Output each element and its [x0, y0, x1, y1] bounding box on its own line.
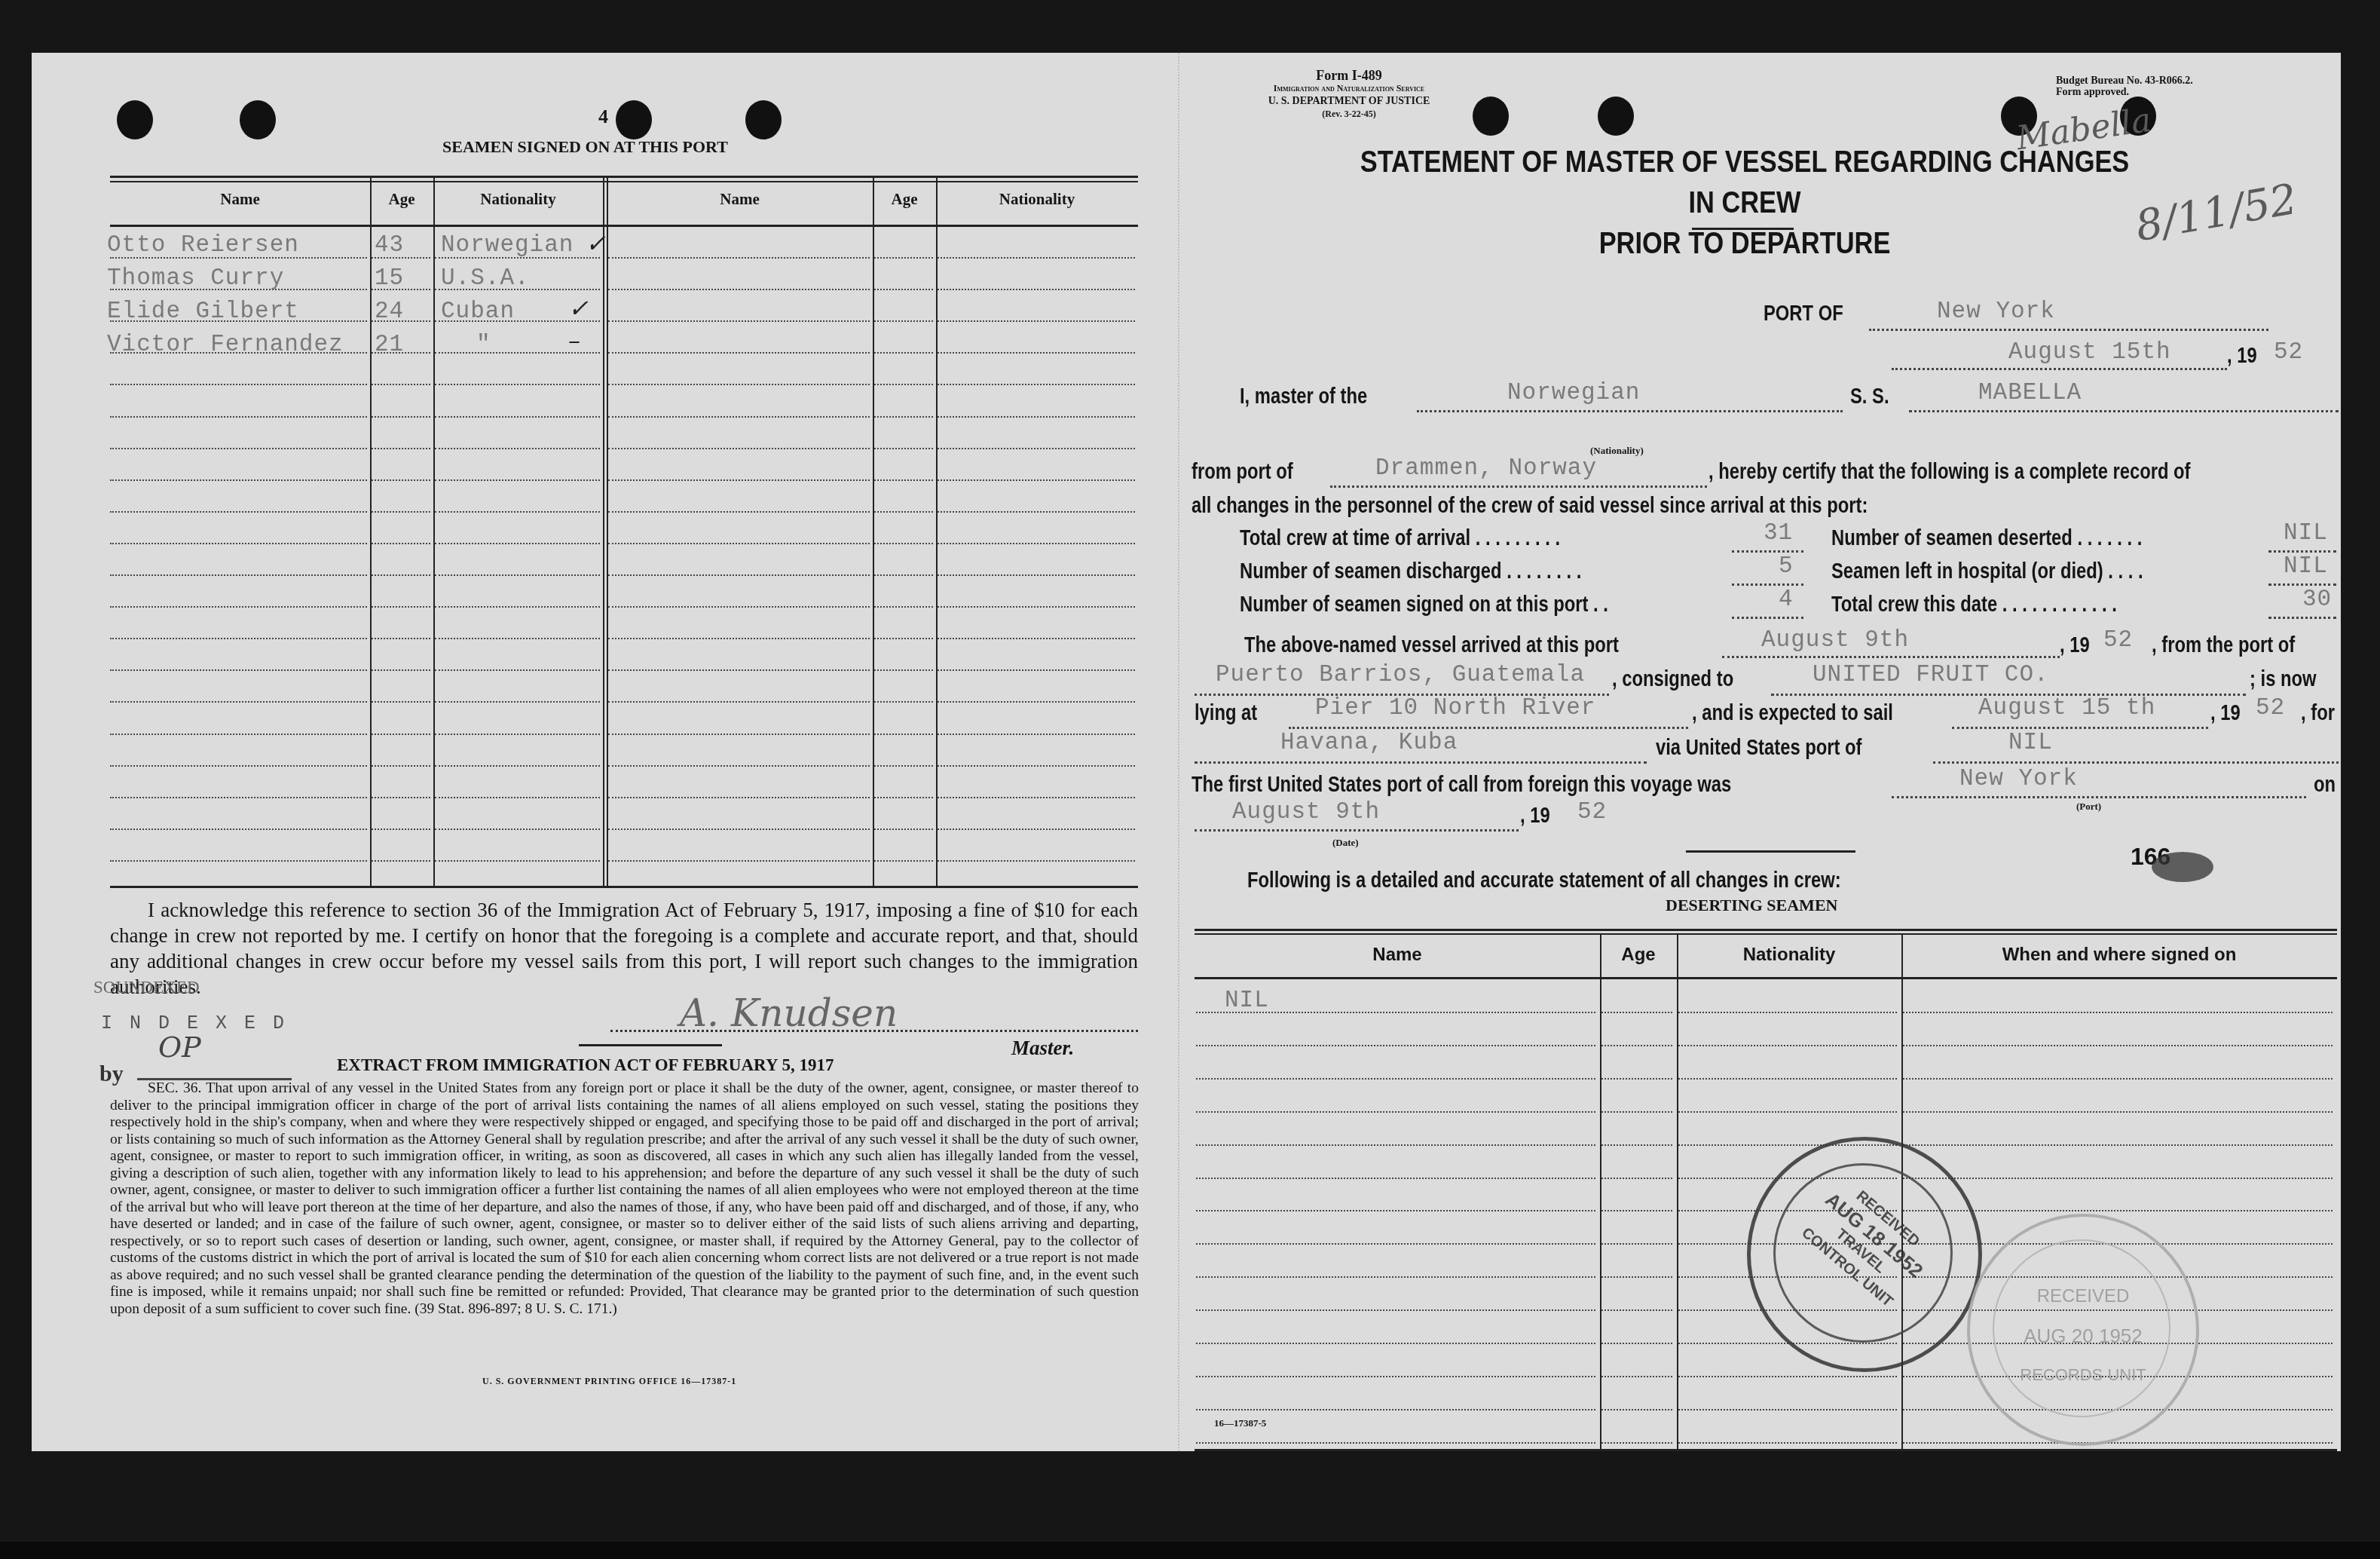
row-rule	[435, 669, 600, 671]
row-rule	[372, 384, 430, 385]
row-rule	[608, 829, 870, 830]
row-rule	[608, 797, 870, 798]
row-rule	[110, 384, 367, 385]
is-now-label: ; is now	[2250, 667, 2317, 692]
col-header-name: Name	[110, 190, 370, 209]
row-rule	[874, 320, 933, 322]
row-rule	[874, 638, 933, 639]
handwritten-date: 8/11/52	[2132, 175, 2301, 252]
row-rule	[435, 860, 600, 862]
row-rule	[874, 829, 933, 830]
row-rule	[435, 701, 600, 703]
first-us-port-label: The first United States port of call fro…	[1192, 773, 1731, 798]
row-rule	[1196, 1078, 1595, 1080]
row-rule	[608, 416, 870, 418]
row-rule	[874, 606, 933, 608]
row-rule	[1678, 1409, 1897, 1410]
punch-hole	[1598, 96, 1634, 136]
row-rule	[938, 638, 1135, 639]
row-rule	[874, 448, 933, 449]
row-rule	[372, 860, 430, 862]
year-prefix: , 19	[2227, 344, 2257, 369]
row-rule	[1196, 1409, 1595, 1410]
printer-line: 16—17387-5	[1214, 1417, 1266, 1429]
nationality-caption: (Nationality)	[1590, 445, 1644, 457]
row-rule	[372, 574, 430, 576]
soundexed-stamp: SOUNDEXED	[93, 978, 200, 997]
via-port-value: NIL	[2008, 730, 2053, 756]
row-rule	[372, 734, 430, 735]
stamp-unit: RECORDS UNIT	[2000, 1355, 2166, 1395]
row-rule	[1678, 1012, 1897, 1013]
row-rule	[1196, 1343, 1595, 1344]
received-stamp-travel-control: RECEIVED AUG 18 1952 TRAVEL CONTROL UNIT	[1747, 1137, 1982, 1372]
row-rule	[372, 669, 430, 671]
for-label: , for	[2301, 701, 2335, 726]
consignee-value: UNITED FRUIT CO.	[1813, 662, 2049, 688]
row-rule	[608, 765, 870, 767]
stamp-date: AUG 20 1952	[2000, 1316, 2166, 1355]
row-rule	[608, 606, 870, 608]
row-rule	[608, 289, 870, 290]
first-port-value: New York	[1959, 766, 2078, 792]
row-rule	[435, 797, 600, 798]
row-rule	[372, 543, 430, 544]
seaman-nationality: Norwegian	[441, 232, 574, 259]
row-rule	[435, 416, 600, 418]
hospital-label: Seamen left in hospital (or died) . . . …	[1831, 559, 2143, 584]
row-rule	[435, 384, 600, 385]
row-rule	[608, 701, 870, 703]
seaman-name: Otto Reiersen	[107, 232, 299, 259]
row-rule	[938, 574, 1135, 576]
deserting-title: DESERTING SEAMEN	[1666, 896, 1837, 915]
row-rule	[938, 352, 1135, 354]
destination-value: Havana, Kuba	[1280, 730, 1458, 756]
row-rule	[1903, 1178, 2333, 1179]
row-rule	[1678, 1111, 1897, 1113]
row-rule	[608, 543, 870, 544]
row-rule	[938, 765, 1135, 767]
total-arrival-label: Total crew at time of arrival . . . . . …	[1240, 526, 1560, 551]
row-rule	[110, 448, 367, 449]
col-header-name: Name	[1195, 945, 1600, 966]
row-rule	[938, 320, 1135, 322]
row-rule	[372, 448, 430, 449]
vessel-value: MABELLA	[1978, 380, 2082, 406]
seaman-age: 15	[375, 265, 404, 292]
sail-year-value: 52	[2256, 695, 2285, 721]
row-rule	[1678, 1078, 1897, 1080]
row-rule	[938, 257, 1135, 259]
row-rule	[1196, 1442, 1595, 1444]
deserted-value: NIL	[2284, 520, 2328, 547]
row-rule	[1196, 1045, 1595, 1046]
row-rule	[372, 479, 430, 481]
from-the-port-label: , from the port of	[2152, 633, 2295, 658]
punch-hole	[240, 100, 276, 139]
form-header-block: Form I-489 Immigration and Naturalizatio…	[1225, 69, 1473, 121]
row-rule	[435, 448, 600, 449]
punch-hole	[745, 100, 782, 139]
year-prefix: , 19	[2210, 701, 2241, 726]
row-rule	[938, 416, 1135, 418]
origin-port-value: Puerto Barrios, Guatemala	[1216, 662, 1585, 688]
row-rule	[435, 511, 600, 513]
row-rule	[110, 606, 367, 608]
row-rule	[874, 797, 933, 798]
check-mark: ✓	[586, 229, 606, 258]
signed-on-label: Number of seamen signed on at this port …	[1240, 593, 1608, 617]
check-mark: ✓	[568, 294, 589, 323]
row-rule	[372, 606, 430, 608]
indexed-initials: OP	[158, 1031, 201, 1064]
col-header-nationality: Nationality	[1677, 945, 1901, 966]
form-approved: Form approved.	[2056, 87, 2193, 98]
seaman-age: 43	[375, 232, 404, 259]
row-rule	[1601, 1442, 1672, 1444]
row-rule	[372, 829, 430, 830]
extract-text: SEC. 36. That upon arrival of any vessel…	[110, 1080, 1139, 1318]
row-rule	[874, 416, 933, 418]
row-rule	[874, 765, 933, 767]
budget-bureau-number: Budget Bureau No. 43-R066.2.	[2056, 75, 2193, 87]
year-prefix: , 19	[1520, 804, 1550, 829]
row-rule	[1196, 1144, 1595, 1146]
row-rule	[1678, 1045, 1897, 1046]
row-rule	[1903, 1111, 2333, 1113]
seaman-age: 24	[375, 299, 404, 325]
first-date-value: August 9th	[1232, 799, 1380, 825]
arrival-year-value: 52	[2103, 627, 2133, 654]
row-rule	[938, 448, 1135, 449]
row-rule	[1601, 1111, 1672, 1113]
row-rule	[608, 638, 870, 639]
row-rule	[110, 701, 367, 703]
row-rule	[1678, 1442, 1897, 1444]
seaman-name: Victor Fernandez	[107, 332, 344, 358]
ss-label: S. S.	[1850, 384, 1889, 409]
row-rule	[110, 734, 367, 735]
row-rule	[1601, 1343, 1672, 1344]
row-rule	[938, 289, 1135, 290]
acknowledgement-text: I acknowledge this reference to section …	[110, 897, 1138, 1000]
received-stamp-records: RECEIVED AUG 20 1952 RECORDS UNIT	[1967, 1214, 2199, 1446]
row-rule	[874, 479, 933, 481]
row-rule	[435, 543, 600, 544]
row-rule	[435, 574, 600, 576]
title-line-1: STATEMENT OF MASTER OF VESSEL REGARDING …	[1349, 142, 2140, 223]
row-rule	[938, 669, 1135, 671]
discharged-value: 5	[1779, 553, 1794, 580]
row-rule	[1601, 1376, 1672, 1377]
row-rule	[874, 574, 933, 576]
revision-date: (Rev. 3-22-45)	[1225, 108, 1473, 121]
first-year-value: 52	[1577, 799, 1607, 825]
seaman-age: 21	[375, 332, 404, 358]
row-rule	[372, 416, 430, 418]
col-header-nationality-2: Nationality	[936, 190, 1138, 209]
port-caption: (Port)	[2076, 801, 2101, 813]
row-rule	[874, 734, 933, 735]
row-rule	[110, 479, 367, 481]
row-rule	[874, 701, 933, 703]
punch-hole	[117, 100, 153, 139]
port-of-label: PORT OF	[1764, 302, 1843, 326]
seaman-name: Thomas Curry	[107, 265, 284, 292]
date-value: August 15th	[2008, 339, 2171, 366]
row-rule	[874, 543, 933, 544]
row-rule	[608, 574, 870, 576]
row-rule	[110, 669, 367, 671]
budget-bureau-block: Budget Bureau No. 43-R066.2. Form approv…	[2056, 75, 2193, 98]
row-rule	[938, 797, 1135, 798]
date-year-value: 52	[2274, 339, 2303, 366]
row-rule	[608, 320, 870, 322]
row-rule	[1903, 1012, 2333, 1013]
row-rule	[874, 384, 933, 385]
year-prefix: , 19	[2060, 633, 2090, 658]
row-rule	[1601, 1276, 1672, 1278]
row-rule	[435, 734, 600, 735]
ink-smudge	[2152, 852, 2213, 882]
lying-at-value: Pier 10 North River	[1315, 695, 1595, 721]
row-rule	[110, 797, 367, 798]
on-label: on	[2314, 773, 2336, 798]
row-rule	[608, 511, 870, 513]
row-rule	[938, 511, 1135, 513]
master-signature: A. Knudsen	[680, 991, 898, 1035]
port-value: New York	[1937, 299, 2055, 325]
row-rule	[1196, 1178, 1595, 1179]
row-rule	[608, 257, 870, 259]
via-us-port-label: via United States port of	[1656, 736, 1862, 761]
from-port-label: from port of	[1192, 460, 1293, 485]
section-title: SEAMEN SIGNED ON AT THIS PORT	[442, 137, 728, 157]
total-this-date-value: 30	[2302, 587, 2332, 613]
row-rule	[938, 829, 1135, 830]
col-header-signed-on: When and where signed on	[1901, 945, 2337, 966]
agency-name: Immigration and Naturalization Service	[1225, 82, 1473, 95]
row-rule	[110, 860, 367, 862]
row-rule	[110, 416, 367, 418]
following-text: Following is a detailed and accurate sta…	[1247, 868, 1841, 893]
row-rule	[372, 701, 430, 703]
stamp-received-label: RECEIVED	[2000, 1277, 2166, 1316]
row-rule	[1196, 1309, 1595, 1311]
seaman-nationality: Cuban	[441, 299, 515, 325]
row-rule	[1601, 1243, 1672, 1245]
certify-text: , hereby certify that the following is a…	[1709, 460, 2191, 485]
from-port-value: Drammen, Norway	[1375, 455, 1597, 482]
row-rule	[1196, 1210, 1595, 1211]
row-rule	[608, 352, 870, 354]
arrival-date-value: August 9th	[1761, 627, 1909, 654]
row-rule	[874, 669, 933, 671]
expected-sail-label: , and is expected to sail	[1692, 701, 1893, 726]
row-rule	[1601, 1309, 1672, 1311]
row-rule	[435, 638, 600, 639]
row-rule	[608, 734, 870, 735]
col-header-age-2: Age	[873, 190, 936, 209]
total-arrival-value: 31	[1764, 520, 1793, 547]
seaman-name: Elide Gilbert	[107, 299, 299, 325]
row-rule	[110, 829, 367, 830]
left-page: 4 SEAMEN SIGNED ON AT THIS PORT Name Age…	[32, 53, 1178, 1451]
row-rule	[435, 606, 600, 608]
lying-at-label: lying at	[1195, 701, 1257, 726]
deserted-label: Number of seamen deserted . . . . . . .	[1831, 526, 2142, 551]
row-rule	[435, 829, 600, 830]
row-rule	[938, 384, 1135, 385]
row-rule	[608, 669, 870, 671]
row-rule	[1601, 1144, 1672, 1146]
row-rule	[938, 701, 1135, 703]
row-rule	[110, 574, 367, 576]
punch-hole	[616, 100, 652, 139]
row-rule	[1196, 1376, 1595, 1377]
sail-date-value: August 15 th	[1978, 695, 2155, 721]
row-rule	[608, 384, 870, 385]
row-rule	[608, 479, 870, 481]
row-rule	[372, 511, 430, 513]
form-id: Form I-489	[1225, 69, 1473, 82]
hospital-value: NIL	[2284, 553, 2328, 580]
row-rule	[1601, 1078, 1672, 1080]
row-rule	[110, 765, 367, 767]
nationality-value: Norwegian	[1507, 380, 1640, 406]
row-rule	[1196, 1276, 1595, 1278]
seaman-nationality: "	[476, 332, 491, 358]
department-name: U. S. DEPARTMENT OF JUSTICE	[1225, 95, 1473, 108]
row-rule	[608, 860, 870, 862]
row-rule	[938, 479, 1135, 481]
row-rule	[110, 638, 367, 639]
row-rule	[1601, 1045, 1672, 1046]
row-rule	[1601, 1178, 1672, 1179]
arrived-label: The above-named vessel arrived at this p…	[1244, 633, 1619, 658]
consigned-label: , consigned to	[1612, 667, 1733, 692]
row-rule	[938, 734, 1135, 735]
signed-on-value: 4	[1779, 587, 1794, 613]
row-rule	[435, 479, 600, 481]
deserting-name: NIL	[1225, 988, 1269, 1014]
row-rule	[372, 765, 430, 767]
row-rule	[874, 860, 933, 862]
seaman-nationality: U.S.A.	[441, 265, 530, 292]
row-rule	[1196, 1243, 1595, 1245]
all-changes-text: all changes in the personnel of the crew…	[1192, 494, 1868, 519]
row-rule	[1903, 1045, 2333, 1046]
row-rule	[874, 511, 933, 513]
row-rule	[1678, 1376, 1897, 1377]
row-rule	[1903, 1442, 2333, 1444]
right-page: Form I-489 Immigration and Naturalizatio…	[1178, 53, 2341, 1451]
row-rule	[874, 257, 933, 259]
row-rule	[1601, 1409, 1672, 1410]
col-header-nationality: Nationality	[433, 190, 603, 209]
date-caption: (Date)	[1332, 837, 1359, 849]
col-header-name-2: Name	[607, 190, 873, 209]
row-rule	[874, 289, 933, 290]
col-header-age: Age	[370, 190, 433, 209]
check-mark: –	[568, 326, 580, 354]
total-this-date-label: Total crew this date . . . . . . . . . .…	[1831, 593, 2117, 617]
row-rule	[938, 860, 1135, 862]
extract-title: EXTRACT FROM IMMIGRATION ACT OF FEBRUARY…	[337, 1055, 834, 1075]
discharged-label: Number of seamen discharged . . . . . . …	[1240, 559, 1581, 584]
master-label: Master.	[1011, 1037, 1074, 1060]
form-title: STATEMENT OF MASTER OF VESSEL REGARDING …	[1349, 142, 2140, 264]
row-rule	[1903, 1078, 2333, 1080]
master-of-label: I, master of the	[1240, 384, 1367, 409]
row-rule	[372, 638, 430, 639]
row-rule	[110, 511, 367, 513]
row-rule	[372, 797, 430, 798]
row-rule	[1903, 1144, 2333, 1146]
row-rule	[938, 543, 1135, 544]
row-rule	[938, 606, 1135, 608]
col-header-age: Age	[1600, 945, 1677, 966]
row-rule	[1196, 1111, 1595, 1113]
row-rule	[110, 543, 367, 544]
row-rule	[435, 765, 600, 767]
row-rule	[1601, 1012, 1672, 1013]
printer-line: U. S. GOVERNMENT PRINTING OFFICE 16—1738…	[482, 1376, 736, 1387]
row-rule	[608, 448, 870, 449]
row-rule	[1601, 1210, 1672, 1211]
punch-hole	[1473, 96, 1509, 136]
page-number: 4	[598, 106, 608, 128]
row-rule	[874, 352, 933, 354]
